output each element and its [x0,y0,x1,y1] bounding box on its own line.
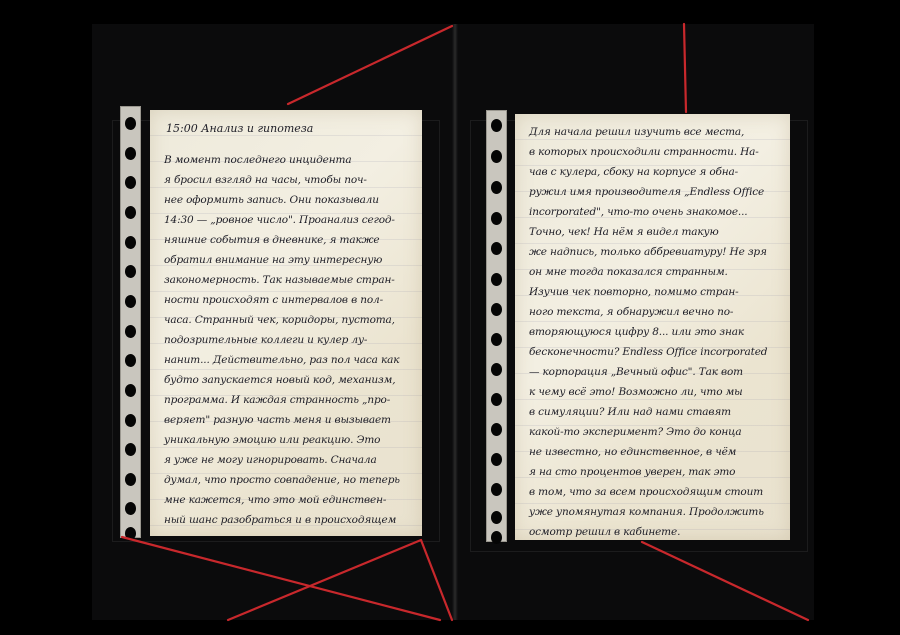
punch-hole [125,414,136,427]
text-line: программа. И каждая странность „про- [164,394,410,406]
text-line: ного текста, я обнаружил вечно по- [529,306,778,318]
text-line: не известно, но единственное, в чём [529,446,778,458]
punch-hole [491,393,502,406]
text-line: он мне тогда показался странным. [529,266,778,278]
punch-hole [491,333,502,346]
punch-hole [491,303,502,316]
right-punch-strip [486,110,507,542]
text-line: осмотр решил в кабинете. [529,526,778,538]
text-line: подозрительные коллеги и кулер лу- [164,334,410,346]
punch-hole [125,176,136,189]
left-diary-page: 15:00 Анализ и гипотеза В момент последн… [150,110,422,536]
text-line: Точно, чек! На нём я видел такую [529,226,778,238]
punch-hole [125,265,136,278]
punch-hole [125,502,136,515]
punch-hole [491,363,502,376]
text-line: нее оформить запись. Они показывали [164,194,410,206]
punch-hole [125,384,136,397]
punch-hole [125,295,136,308]
text-line: incorporated", что-то очень знакомое... [529,206,778,218]
text-line: ный шанс разобраться и в происходящем [164,514,410,526]
punch-hole [491,453,502,466]
text-line: часа. Странный чек, коридоры, пустота, [164,314,410,326]
text-line: вторяющуюся цифру 8... или это знак [529,326,778,338]
punch-hole [125,473,136,486]
text-line: в которых происходили странности. На- [529,146,778,158]
punch-hole [125,147,136,160]
text-line: в том, что за всем происходящим стоит [529,486,778,498]
text-line: чав с кулера, сбоку на корпусе я обна- [529,166,778,178]
entry-heading: 15:00 Анализ и гипотеза [166,122,313,135]
text-line: я на сто процентов уверен, так это [529,466,778,478]
punch-hole [125,325,136,338]
punch-hole [125,117,136,130]
punch-hole [125,354,136,367]
punch-hole [491,273,502,286]
text-line: ружил имя производителя „Endless Office [529,186,778,198]
punch-hole [491,242,502,255]
text-line: какой-то эксперимент? Это до конца [529,426,778,438]
text-line: к чему всё это! Возможно ли, что мы [529,386,778,398]
text-line: обратил внимание на эту интересную [164,254,410,266]
text-line: я бросил взгляд на часы, чтобы поч- [164,174,410,186]
text-line: закономерность. Так называемые стран- [164,274,410,286]
text-line: В момент последнего инцидента [164,154,410,166]
text-line: ности происходят с интервалов в пол- [164,294,410,306]
text-line: нанит... Действительно, раз пол часа как [164,354,410,366]
punch-hole [491,531,502,544]
text-line: няшние события в дневнике, я также [164,234,410,246]
text-line: мне кажется, что это мой единствен- [164,494,410,506]
text-line: уже упомянутая компания. Продолжить [529,506,778,518]
text-line: бесконечности? Endless Office incorporat… [529,346,778,358]
text-line: уникальную эмоцию или реакцию. Это [164,434,410,446]
text-line: в симуляции? Или над нами ставят [529,406,778,418]
punch-hole [491,423,502,436]
text-line: веряет" разную часть меня и вызывает [164,414,410,426]
text-line: — корпорация „Вечный офис". Так вот [529,366,778,378]
text-line: Изучив чек повторно, помимо стран- [529,286,778,298]
punch-hole [491,483,502,496]
punch-hole [125,443,136,456]
binder-spine [452,24,458,620]
punch-hole [125,206,136,219]
text-line: же надпись, только аббревиатуру! Не зря [529,246,778,258]
punch-hole [491,511,502,524]
punch-hole [125,527,136,540]
right-diary-page: Для начала решил изучить все места, в ко… [515,114,790,540]
punch-hole [491,119,502,132]
punch-hole [491,181,502,194]
punch-hole [491,150,502,163]
text-line: Для начала решил изучить все места, [529,126,778,138]
punch-hole [491,212,502,225]
text-line: думал, что просто совпадение, но теперь [164,474,410,486]
punch-hole [125,236,136,249]
text-line: будто запускается новый код, механизм, [164,374,410,386]
text-line: я уже не могу игнорировать. Сначала [164,454,410,466]
text-line: 14:30 — „ровное число". Проанализ сегод- [164,214,410,226]
left-punch-strip [120,106,141,538]
